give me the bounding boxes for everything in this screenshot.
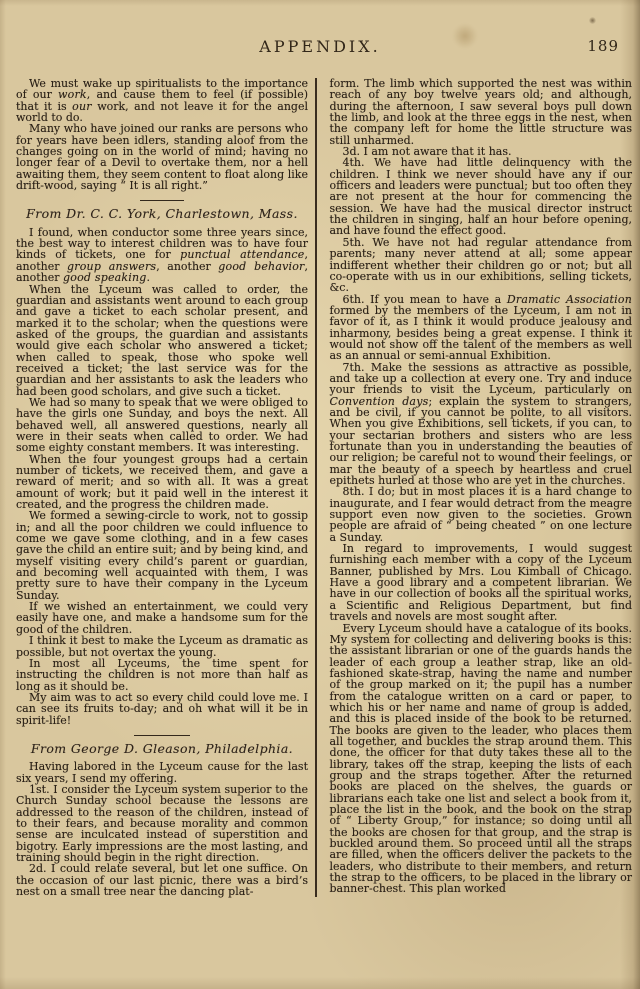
paragraph: We formed a sewing-circle to work, not t… — [16, 510, 308, 601]
paragraph: 2d. I could relate several, but let one … — [16, 863, 308, 897]
page-title: APPENDIX. — [0, 37, 640, 56]
column-divider-rule — [315, 78, 317, 897]
section-heading-york: From Dr. C. C. York, Charlestown, Mass. — [16, 208, 308, 219]
paragraph: I think it best to make the Lyceum as dr… — [16, 635, 308, 658]
paragraph: 1st. I consider the Lyceum system superi… — [16, 784, 308, 863]
paragraph: 5th. We have not had regular attendance … — [330, 237, 633, 294]
paragraph: When the four youngest groups had a cert… — [16, 454, 308, 511]
left-column: We must wake up spiritualists to the imp… — [16, 78, 308, 897]
paragraph: 6th. If you mean to have a Dramatic Asso… — [330, 294, 633, 362]
page-number: 189 — [587, 37, 619, 55]
paragraph: When the Lyceum was called to order, the… — [16, 284, 308, 397]
two-column-text-block: We must wake up spiritualists to the imp… — [0, 78, 640, 897]
paragraph: Many who have joined our ranks are perso… — [16, 123, 308, 191]
paragraph: In regard to improvements, I would sugge… — [330, 543, 633, 622]
scanned-book-page: APPENDIX. 189 We must wake up spirituali… — [0, 0, 640, 989]
paragraph: If we wished an entertainment, we could … — [16, 601, 308, 635]
paragraph: We must wake up spiritualists to the imp… — [16, 78, 308, 123]
paragraph: Every Lyceum should have a catalogue of … — [330, 623, 633, 895]
paragraph: We had so many to speak that we were obl… — [16, 397, 308, 454]
section-divider-rule — [134, 735, 190, 736]
section-heading-gleason: From George D. Gleason, Philadelphia. — [16, 743, 308, 754]
paragraph: form. The limb which supported the nest … — [330, 78, 633, 146]
page-header: APPENDIX. 189 — [0, 0, 640, 59]
section-divider-rule — [140, 200, 184, 201]
paragraph: In most all Lyceums, the time spent for … — [16, 658, 308, 692]
paragraph: Having labored in the Lyceum cause for t… — [16, 761, 308, 784]
paragraph: My aim was to act so every child could l… — [16, 692, 308, 726]
right-column: form. The limb which supported the nest … — [330, 78, 633, 897]
paragraph: 4th. We have had little delinquency with… — [330, 157, 633, 236]
paragraph: I found, when conductor some three years… — [16, 227, 308, 284]
paragraph: 7th. Make the sessions as attractive as … — [330, 362, 633, 487]
paragraph: 8th. I do; but in most places it is a ha… — [330, 486, 633, 543]
